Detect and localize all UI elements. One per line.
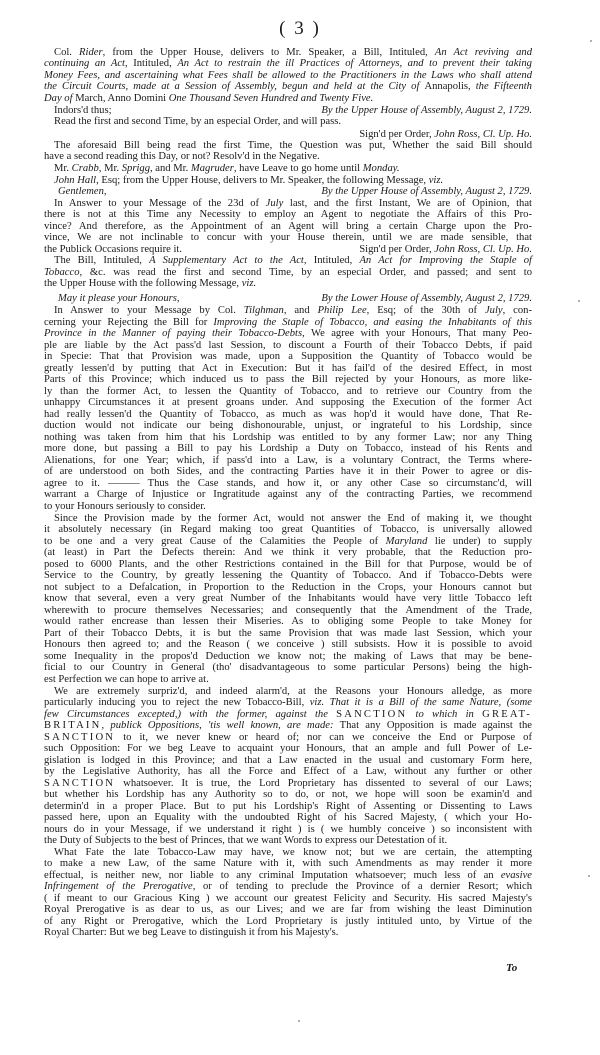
text-run: SANCTION — [336, 709, 407, 720]
text-line: the Upper House with the following Messa… — [44, 278, 532, 290]
text-run: That any Opposition is made against the — [334, 720, 532, 731]
italic-text: An Act for Improving the Staple of — [359, 255, 532, 266]
italic-text: Day of — [44, 93, 75, 104]
text-run: , and Mr. — [150, 163, 191, 174]
text-line: (at least) in Part the Defects therein: … — [44, 547, 532, 559]
italic-text: Magruder — [191, 163, 234, 174]
text-run: , Esq; from the Upper House, delivers to… — [96, 175, 429, 186]
italic-text: Province in the Manner of paying their T… — [44, 328, 302, 339]
text-run: Since the Provision made by the former A… — [54, 513, 532, 524]
text-run: but whether his Lordship has any Authori… — [44, 789, 532, 800]
text-run: In Answer to your Message by Col. — [54, 305, 244, 316]
italic-text: July — [485, 305, 503, 316]
italic-text: , publick Oppositions, 'tis well known, … — [102, 720, 334, 731]
text-line: Royal Prerogative is as dear to us, as o… — [44, 904, 532, 916]
line-right: Sign'd per Order, John Ross, Cl. Up. Ho. — [359, 244, 532, 256]
text-run: , Intituled, — [304, 255, 360, 266]
text-run: The aforesaid Bill being read the first … — [54, 140, 532, 151]
text-line: particularly inducing you to reject the … — [44, 697, 532, 709]
text-run: whatsoever. It is true, the Lord Proprie… — [115, 778, 532, 789]
text-run: of any Right or Prerogative, which the L… — [44, 916, 532, 927]
text-line: Honours then agreed to; and the Reason (… — [44, 639, 532, 651]
text-run: Col. — [54, 47, 79, 58]
text-line: warrant a Charge of Injustice or Ingrati… — [44, 489, 532, 501]
text-line: May it please your Honours,By the Lower … — [58, 293, 532, 305]
text-run: , con- — [503, 305, 532, 316]
text-run: cerning your Rejecting the Bill for — [44, 317, 213, 328]
italic-text: Infringement of the Prerogative — [44, 881, 193, 892]
text-line: John Hall, Esq; from the Upper House, de… — [54, 175, 532, 187]
text-run: the Duty of Subjects to the best of Prin… — [44, 835, 447, 846]
italic-text: July — [266, 198, 284, 209]
text-run: by the Legislative Authority, has all th… — [44, 766, 532, 777]
line-left: May it please your Honours, — [58, 293, 180, 305]
text-line: of are understood on both Sides, and the… — [44, 466, 532, 478]
italic-text: viz. That it is a Bill of the same Natur… — [310, 697, 532, 708]
text-line: The aforesaid Bill being read the first … — [54, 140, 532, 152]
text-line: Tobacco, &c. was read the first and seco… — [44, 267, 532, 279]
text-run: Read the first and second Time, by an es… — [54, 116, 341, 127]
text-run: BRITAIN — [44, 720, 102, 731]
text-run: , &c. was read the first and second Time… — [80, 267, 532, 278]
line-left: Gentlemen, — [58, 186, 107, 198]
text-run: unhappy Circumstances it at present groa… — [44, 397, 532, 408]
italic-text: By the Upper House of Assembly, August 2… — [321, 186, 532, 197]
text-run: duction would not indicate our being dis… — [44, 420, 532, 431]
text-run: more done, but passing a Bill to pay his… — [44, 443, 532, 454]
text-line: Part of their Tobacco Debts, it is but t… — [44, 628, 532, 640]
italic-text: By the Upper House of Assembly, August 2… — [321, 105, 532, 116]
text-run: some Inequality in the propos'd Deductio… — [44, 651, 532, 662]
text-run: , or of tending to preclude the Province… — [193, 881, 532, 892]
text-run: SANCTION — [44, 778, 115, 789]
text-run: , have Leave to go home until — [234, 163, 363, 174]
text-line: We are extremely surpriz'd, and indeed a… — [54, 686, 532, 698]
text-run: The Bill, Intituled, — [54, 255, 149, 266]
text-line: The Bill, Intituled, A Supplementary Act… — [54, 255, 532, 267]
text-line: BRITAIN, publick Oppositions, 'tis well … — [44, 720, 532, 732]
text-line: ple are liable by the Act pass'd last Se… — [44, 340, 532, 352]
text-line: agree to it. ——— Thus the Case stands, a… — [44, 478, 532, 490]
text-line: posed to 6000 Plants, and the other Rest… — [44, 559, 532, 571]
text-run: , Esq; of the 30th of — [367, 305, 485, 316]
text-line: greatly lessen'd by putting that Act in … — [44, 363, 532, 375]
text-line: effectual, is neither new, nor liable to… — [44, 870, 532, 882]
italic-text: One Thousand Seven Hundred and Twenty Fi… — [169, 93, 373, 104]
text-line: not subject to a Defalcation, in Proport… — [44, 582, 532, 594]
line-left: Indors'd thus; — [54, 105, 112, 117]
text-line: more done, but passing a Bill to pay his… — [44, 443, 532, 455]
text-line: vince? And therefore, as the Appointment… — [44, 221, 532, 233]
text-line: Col. Rider, from the Upper House, delive… — [54, 47, 532, 59]
text-run: Sign'd per Order, — [359, 129, 434, 140]
line-right: By the Upper House of Assembly, August 2… — [321, 105, 532, 117]
text-run: Indors'd thus; — [54, 105, 112, 116]
text-line: nothing was taken from him that his Lord… — [44, 432, 532, 444]
italic-text: Rider — [79, 47, 103, 58]
text-run: , Mr. — [99, 163, 122, 174]
italic-text: viz. — [242, 278, 256, 289]
text-run: Alienations, for one Year; which, if pas… — [44, 455, 532, 466]
text-run: What Fate the late Tobacco-Law may have,… — [54, 847, 532, 858]
text-run: We are extremely surpriz'd, and indeed a… — [54, 686, 532, 697]
text-run: ( if meant to our Gracious King ) we acc… — [44, 893, 532, 904]
italic-text: continuing an Act — [44, 58, 125, 69]
italic-text: Money Fees, and ascertaining what Fees s… — [44, 70, 532, 81]
text-run: know that several, even a very great Num… — [44, 593, 532, 604]
text-run: there is not at this Time any Necessity … — [44, 209, 532, 220]
italic-text: Maryland — [386, 536, 428, 547]
paper-speck — [578, 300, 580, 302]
text-run: to be one and a very great Cause of the … — [44, 536, 386, 547]
text-line: SANCTION whatsoever. It is true, the Lor… — [44, 778, 532, 790]
text-line: Indors'd thus;By the Upper House of Asse… — [54, 105, 532, 117]
italic-text: Monday. — [363, 163, 400, 174]
text-line: In Answer to your Message by Col. Tilghm… — [54, 305, 532, 317]
catchword: To — [506, 962, 517, 974]
text-line: but whether his Lordship has any Authori… — [44, 789, 532, 801]
paper-speck — [298, 1020, 300, 1022]
text-line: know that several, even a very great Num… — [44, 593, 532, 605]
italic-text: Sprigg — [122, 163, 150, 174]
text-run: In Answer to your Message of the 23d of — [54, 198, 266, 209]
text-line: Day of March, Anno Domini One Thousand S… — [44, 93, 532, 105]
italic-text: An Act to restrain the ill Practices of … — [177, 58, 532, 69]
italic-text: to which in — [407, 709, 482, 720]
line-right: By the Lower House of Assembly, August 2… — [321, 293, 532, 305]
text-run: have a second reading this Day, or not? … — [44, 151, 320, 162]
italic-text: Tobacco — [44, 267, 80, 278]
italic-text: Improving the Staple of Tobacco, and eas… — [213, 317, 532, 328]
text-line: unhappy Circumstances it at present groa… — [44, 397, 532, 409]
italic-text: few Circumstances excepted,) with the fo… — [44, 709, 336, 720]
text-line: Sign'd per Order, John Ross, Cl. Up. Ho. — [44, 129, 532, 141]
text-line: there is not at this Time any Necessity … — [44, 209, 532, 221]
text-run: warrant a Charge of Injustice or Ingrati… — [44, 489, 532, 500]
text-run: it absolutely necessary (in Regard makin… — [44, 524, 532, 535]
text-line: such Opposition: For we beg Leave to acq… — [44, 743, 532, 755]
text-run: agree to it. ——— Thus the Case stands, a… — [44, 478, 532, 489]
text-run: to your Honours seriously to consider. — [44, 501, 206, 512]
text-line: ly than the former Act, to lessen the Qu… — [44, 386, 532, 398]
document-page: ( 3 ) Col. Rider, from the Upper House, … — [0, 0, 600, 1055]
text-line: Parts of this Province; which induced us… — [44, 374, 532, 386]
text-line: have a second reading this Day, or not? … — [44, 151, 532, 163]
text-run: est Perfection we can hope to arrive at. — [44, 674, 209, 685]
paper-speck — [590, 40, 592, 42]
text-run: Royal Prerogative is as dear to us, as o… — [44, 904, 532, 915]
text-line: est Perfection we can hope to arrive at. — [44, 674, 532, 686]
text-run: vince, We are not inclinable to concur w… — [44, 232, 532, 243]
italic-text: An Act reviving and — [435, 47, 532, 58]
text-run: ple are liable by the Act pass'd last Se… — [44, 340, 532, 351]
text-run: the Upper House with the following Messa… — [44, 278, 242, 289]
text-run: , Intituled, — [125, 58, 177, 69]
italic-text: John Ross, Cl. Up. Ho. — [434, 129, 532, 140]
text-line: duction would not indicate our being dis… — [44, 420, 532, 432]
text-line: Read the first and second Time, by an es… — [54, 116, 532, 128]
text-run: would rather encrease than lessen their … — [44, 616, 532, 627]
italic-text: May it please your Honours, — [58, 293, 180, 304]
text-line: had really lessen'd the Quantity of Toba… — [44, 409, 532, 421]
text-run: the Publick Occasions require it. — [44, 244, 182, 255]
italic-text: the Circuit Courts, made at a Session of… — [44, 81, 424, 92]
text-run: particularly inducing you to reject the … — [44, 697, 310, 708]
text-run: , from the Upper House, delivers to Mr. … — [103, 47, 435, 58]
text-line: Since the Provision made by the former A… — [54, 513, 532, 525]
text-line: nours do in your Message, if we understa… — [44, 824, 532, 836]
text-line: Service to the Country, by greatly lesse… — [44, 570, 532, 582]
text-line: the Circuit Courts, made at a Session of… — [44, 81, 532, 93]
italic-text: Philip Lee — [318, 305, 367, 316]
text-run: vince? And therefore, as the Appointment… — [44, 221, 532, 232]
text-run: , and — [284, 305, 318, 316]
text-run: posed to 6000 Plants, and the other Rest… — [44, 559, 532, 570]
text-line: of any Right or Prerogative, which the L… — [44, 916, 532, 928]
text-run: wherewith to procure themselves Necessar… — [44, 605, 532, 616]
text-run: to make a new Law, of the same Nature wi… — [44, 858, 532, 869]
text-run: such Opposition: For we beg Leave to acq… — [44, 743, 532, 754]
text-run: Royal Charter: But we beg Leave to disti… — [44, 927, 338, 938]
text-run: nours do in your Message, if we understa… — [44, 824, 532, 835]
text-line: SANCTION to it, we never knew or heard o… — [44, 732, 532, 744]
line-left: the Publick Occasions require it. — [44, 244, 182, 256]
italic-text: the Fifteenth — [476, 81, 532, 92]
text-run: of are understood on both Sides, and the… — [44, 466, 532, 477]
text-run: nothing was taken from him that his Lord… — [44, 432, 532, 443]
text-line: Gentlemen,By the Upper House of Assembly… — [58, 186, 532, 198]
line-right: By the Upper House of Assembly, August 2… — [321, 186, 532, 198]
text-run: Service to the Country, by greatly lesse… — [44, 570, 532, 581]
italic-text: John Ross, Cl. Up. Ho. — [434, 244, 532, 255]
text-line: continuing an Act, Intituled, An Act to … — [44, 58, 532, 70]
italic-text: A Supplementary Act to the Act — [149, 255, 304, 266]
text-run: not subject to a Defalcation, in Proport… — [44, 582, 532, 593]
text-run: effectual, is neither new, nor liable to… — [44, 870, 501, 881]
italic-text: Tilghman — [244, 305, 284, 316]
italic-text: Gentlemen, — [58, 186, 107, 197]
text-line: ( if meant to our Gracious King ) we acc… — [44, 893, 532, 905]
text-run: Part of their Tobacco Debts, it is but t… — [44, 628, 532, 639]
text-line: ficial to our Country in General (tho' d… — [44, 662, 532, 674]
page-number: ( 3 ) — [0, 18, 600, 40]
text-run: Mr. — [54, 163, 72, 174]
text-run: Sign'd per Order, — [359, 244, 434, 255]
text-line: wherewith to procure themselves Necessar… — [44, 605, 532, 617]
text-run: last, and the first Instant, We are of O… — [283, 198, 532, 209]
text-line: some Inequality in the propos'd Deductio… — [44, 651, 532, 663]
italic-text: John Hall — [54, 175, 96, 186]
text-line: to be one and a very great Cause of the … — [44, 536, 532, 548]
text-run: to it, we never knew or heard of; nor ca… — [115, 732, 532, 743]
text-run: SANCTION — [44, 732, 115, 743]
text-line: Royal Charter: But we beg Leave to disti… — [44, 927, 532, 939]
text-line: Money Fees, and ascertaining what Fees s… — [44, 70, 532, 82]
text-run: March, Anno Domini — [75, 93, 169, 104]
text-run: ly than the former Act, to lessen the Qu… — [44, 386, 532, 397]
text-run: Honours then agreed to; and the Reason (… — [44, 639, 532, 650]
text-line: vince, We are not inclinable to concur w… — [44, 232, 532, 244]
text-line: Infringement of the Prerogative, or of t… — [44, 881, 532, 893]
italic-text: By the Lower House of Assembly, August 2… — [321, 293, 532, 304]
text-run: (at least) in Part the Defects therein: … — [44, 547, 532, 558]
text-run: Parts of this Province; which induced us… — [44, 374, 532, 385]
italic-text: viz. — [429, 175, 443, 186]
text-run: lie under) to supply — [427, 536, 532, 547]
italic-text: evasive — [501, 870, 532, 881]
text-line: Mr. Crabb, Mr. Sprigg, and Mr. Magruder,… — [54, 163, 532, 175]
text-run: passed here, upon an Equality with the u… — [44, 812, 532, 823]
text-line: the Publick Occasions require it.Sign'd … — [44, 244, 532, 256]
text-line: Alienations, for one Year; which, if pas… — [44, 455, 532, 467]
text-line: Province in the Manner of paying their T… — [44, 328, 532, 340]
text-line: to make a new Law, of the same Nature wi… — [44, 858, 532, 870]
text-run: ficial to our Country in General (tho' d… — [44, 662, 532, 673]
text-run: determin'd in a proper Place. But to put… — [44, 801, 532, 812]
text-run: had really lessen'd the Quantity of Toba… — [44, 409, 532, 420]
text-line: cerning your Rejecting the Bill for Impr… — [44, 317, 532, 329]
text-run: GREAT- — [482, 709, 532, 720]
text-line: the Duty of Subjects to the best of Prin… — [44, 835, 532, 847]
text-line: gislation is lodged in this Province; an… — [44, 755, 532, 767]
text-run: Annapolis, — [424, 81, 475, 92]
text-line: it absolutely necessary (in Regard makin… — [44, 524, 532, 536]
text-line: would rather encrease than lessen their … — [44, 616, 532, 628]
text-line: few Circumstances excepted,) with the fo… — [44, 709, 532, 721]
text-line: by the Legislative Authority, has all th… — [44, 766, 532, 778]
text-line: passed here, upon an Equality with the u… — [44, 812, 532, 824]
text-run: , We agree with your Honours, That many … — [302, 328, 532, 339]
italic-text: Crabb — [72, 163, 99, 174]
text-run: gislation is lodged in this Province; an… — [44, 755, 532, 766]
paper-speck — [588, 875, 590, 877]
text-line: What Fate the late Tobacco-Law may have,… — [54, 847, 532, 859]
text-run: in Specie: That that Provision was made,… — [44, 351, 532, 362]
text-line: in Specie: That that Provision was made,… — [44, 351, 532, 363]
text-line: to your Honours seriously to consider. — [44, 501, 532, 513]
text-run: greatly lessen'd by putting that Act in … — [44, 363, 532, 374]
text-line: determin'd in a proper Place. But to put… — [44, 801, 532, 813]
text-line: In Answer to your Message of the 23d of … — [54, 198, 532, 210]
